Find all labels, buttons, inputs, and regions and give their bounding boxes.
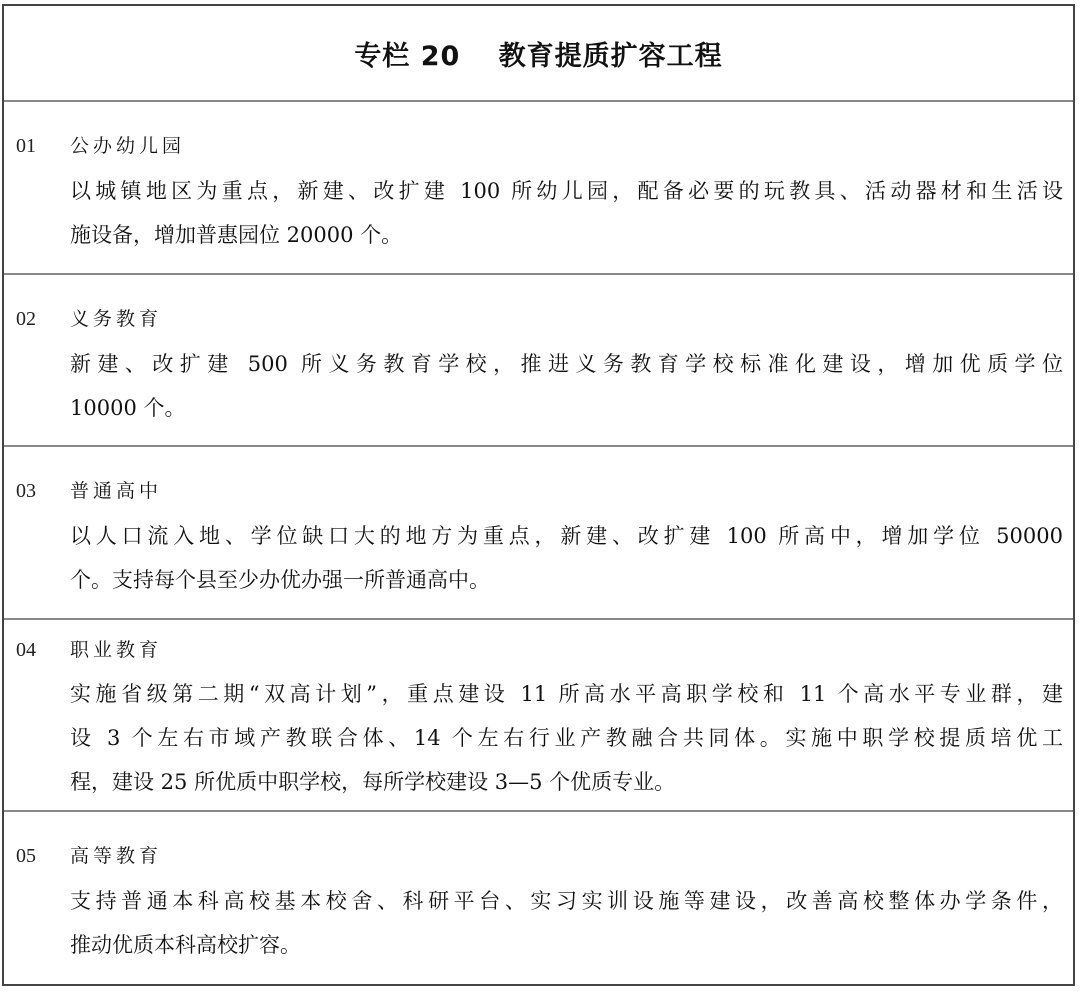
section-body: 以城镇地区为重点，新建、改扩建 100 所幼儿园，配备必要的玩教具、活动器材和生… [70, 169, 1063, 257]
body-line: 程，建设 25 所优质中职学校，每所学校建设 3—5 个优质专业。 [70, 760, 1063, 804]
body-line: 推动优质本科高校扩容。 [70, 923, 1063, 967]
section-name: 公办幼儿园 [70, 134, 185, 158]
section-heading: 03 普通高中 [16, 479, 162, 503]
section-heading: 01 公办幼儿园 [16, 134, 185, 158]
section-body: 以人口流入地、学位缺口大的地方为重点，新建、改扩建 100 所高中，增加学位 5… [70, 514, 1063, 602]
section-higher-education: 05 高等教育 支持普通本科高校基本校舍、科研平台、实习实训设施等建设，改善高校… [4, 812, 1073, 984]
section-name: 义务教育 [70, 307, 162, 331]
section-name: 高等教育 [70, 844, 162, 868]
body-line: 支持普通本科高校基本校舍、科研平台、实习实训设施等建设，改善高校整体办学条件， [70, 879, 1063, 923]
body-line: 新建、改扩建 500 所义务教育学校，推进义务教育学校标准化建设，增加优质学位 [70, 342, 1063, 386]
section-number: 05 [16, 844, 70, 868]
box-header: 专栏 20 教育提质扩容工程 [4, 6, 1073, 102]
section-body: 实施省级第二期“双高计划”，重点建设 11 所高水平高职学校和 11 个高水平专… [70, 672, 1063, 804]
box-title: 专栏 20 教育提质扩容工程 [354, 34, 722, 73]
section-high-school: 03 普通高中 以人口流入地、学位缺口大的地方为重点，新建、改扩建 100 所高… [4, 447, 1073, 620]
section-kindergarten: 01 公办幼儿园 以城镇地区为重点，新建、改扩建 100 所幼儿园，配备必要的玩… [4, 102, 1073, 275]
section-body: 新建、改扩建 500 所义务教育学校，推进义务教育学校标准化建设，增加优质学位 … [70, 342, 1063, 430]
section-compulsory-education: 02 义务教育 新建、改扩建 500 所义务教育学校，推进义务教育学校标准化建设… [4, 275, 1073, 447]
section-number: 02 [16, 307, 70, 331]
body-line: 实施省级第二期“双高计划”，重点建设 11 所高水平高职学校和 11 个高水平专… [70, 672, 1063, 716]
body-line: 个。支持每个县至少办优办强一所普通高中。 [70, 558, 1063, 602]
body-line: 以人口流入地、学位缺口大的地方为重点，新建、改扩建 100 所高中，增加学位 5… [70, 514, 1063, 558]
body-line: 设 3 个左右市域产教联合体、14 个左右行业产教融合共同体。实施中职学校提质培… [70, 716, 1063, 760]
section-body: 支持普通本科高校基本校舍、科研平台、实习实训设施等建设，改善高校整体办学条件， … [70, 879, 1063, 967]
body-line: 施设备，增加普惠园位 20000 个。 [70, 213, 1063, 257]
section-name: 普通高中 [70, 479, 162, 503]
body-line: 以城镇地区为重点，新建、改扩建 100 所幼儿园，配备必要的玩教具、活动器材和生… [70, 169, 1063, 213]
section-heading: 04 职业教育 [16, 638, 162, 662]
section-number: 04 [16, 638, 70, 662]
section-number: 01 [16, 134, 70, 158]
body-line: 10000 个。 [70, 386, 1063, 430]
feature-box: 专栏 20 教育提质扩容工程 01 公办幼儿园 以城镇地区为重点，新建、改扩建 … [2, 4, 1075, 986]
section-vocational-education: 04 职业教育 实施省级第二期“双高计划”，重点建设 11 所高水平高职学校和 … [4, 620, 1073, 812]
section-name: 职业教育 [70, 638, 162, 662]
section-heading: 05 高等教育 [16, 844, 162, 868]
section-heading: 02 义务教育 [16, 307, 162, 331]
section-number: 03 [16, 479, 70, 503]
